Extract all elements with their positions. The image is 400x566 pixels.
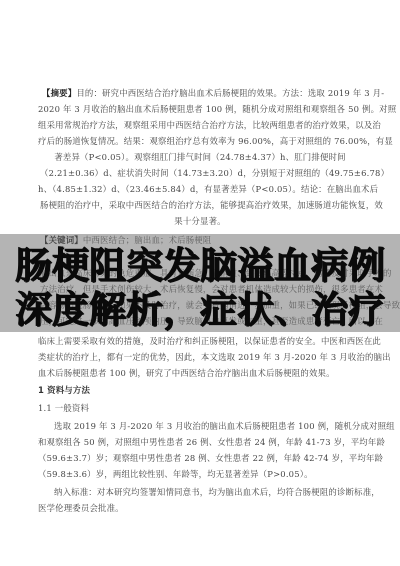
headline-line-1: 肠梗阻突发脑溢血病例 — [0, 244, 400, 288]
headline-line-2: 深度解析，症状、治疗 — [0, 288, 400, 332]
general-info-line-3: （59.6±3.7）岁；观察组中男性患者 28 例、女性患者 22 例，年龄 4… — [38, 452, 400, 464]
abstract-line-9: 果十分显著。 — [0, 215, 400, 227]
intro-line-1: 临床上需要采取有效的措施，及时治疗和纠正肠梗阻，以保证患者的安全。中医和西医在此 — [38, 335, 400, 347]
section-heading: 1 资料与方法 — [38, 384, 400, 396]
headline-overlay-band: 【关键词】中西医结合；脑出血；术后肠梗阻 脑出血是临床常见的急危重症，具有发病急… — [0, 234, 400, 332]
intro-line-2: 类症状的治疗上，都有一定的优势，因此，本文选取 2019 年 3 月-2020 … — [38, 351, 400, 363]
abstract-line-8: 肠梗阻的治疗中，采取中西医结合的治疗方法，能够提高治疗效果，加速肠道功能恢复，效 — [40, 199, 400, 211]
inclusion-line-2: 医学伦理委员会批准。 — [38, 502, 400, 514]
general-info-line-4: （59.8±3.6）岁，两组比较性别、年龄等，均无显著差异（P>0.05）。 — [38, 468, 400, 480]
section-subheading: 1.1 一般资料 — [38, 402, 400, 414]
abstract-line-4: 疗后的肠道恢复情况。结果：观察组治疗总有效率为 96.00%，高于对照组的 76… — [38, 135, 400, 147]
general-info-line-1: 选取 2019 年 3 月-2020 年 3 月收治的脑出血术后肠梗阻患者 10… — [54, 420, 400, 432]
abstract-line-2: 2020 年 3 月收治的脑出血术后肠梗阻患者 100 例，随机分成对照组和观察… — [38, 103, 400, 115]
inclusion-line-1: 纳入标准：对本研究均签署知情同意书，均为脑出血术后，均符合肠梗阻的诊断标准， — [54, 486, 400, 498]
general-info-line-2: 和观察组各 50 例，对照组中男性患者 26 例、女性患者 24 例，年龄 41… — [38, 436, 400, 448]
abstract-line-7: h、（4.85±1.32）d、（23.46±5.84）d，有显著差异（P<0.0… — [38, 183, 400, 195]
abstract-line-5: 著差异（P<0.05）。观察组肛门排气时间（24.78±4.37）h、肛门排便时… — [0, 151, 400, 163]
abstract-line-6: （2.21±0.36）d、症状消失时间（14.73±3.20）d，分别短于对照组… — [40, 167, 400, 179]
abstract-text: 目的：研究中西医结合治疗脑出血术后肠梗阻的效果。方法：选取 2019 年 3 月… — [76, 88, 384, 98]
intro-line-3: 血术后肠梗阻患者 100 例，研究了中西医结合治疗脑出血术后肠梗阻的效果。 — [38, 367, 400, 379]
document-page: 【摘要】目的：研究中西医结合治疗脑出血术后肠梗阻的效果。方法：选取 2019 年… — [0, 0, 400, 566]
abstract-line-3: 组采用常规治疗方法，观察组采用中西医结合治疗方法，比较两组患者的治疗效果，以及治 — [38, 119, 400, 131]
abstract-line-1: 【摘要】目的：研究中西医结合治疗脑出血术后肠梗阻的效果。方法：选取 2019 年… — [42, 87, 400, 99]
abstract-tag: 【摘要】 — [42, 88, 76, 98]
